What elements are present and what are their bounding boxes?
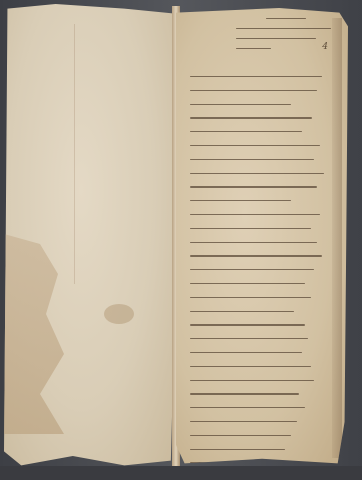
body-handwriting [190,76,334,476]
header-handwriting [236,18,336,58]
fold-line [74,24,75,284]
paper-damage [4,234,64,434]
stain [104,304,134,324]
page-number: 4 [322,42,328,52]
left-page [4,4,176,470]
bottom-shadow [0,466,362,480]
page-edge [332,18,342,458]
right-page: 4 [176,8,348,468]
